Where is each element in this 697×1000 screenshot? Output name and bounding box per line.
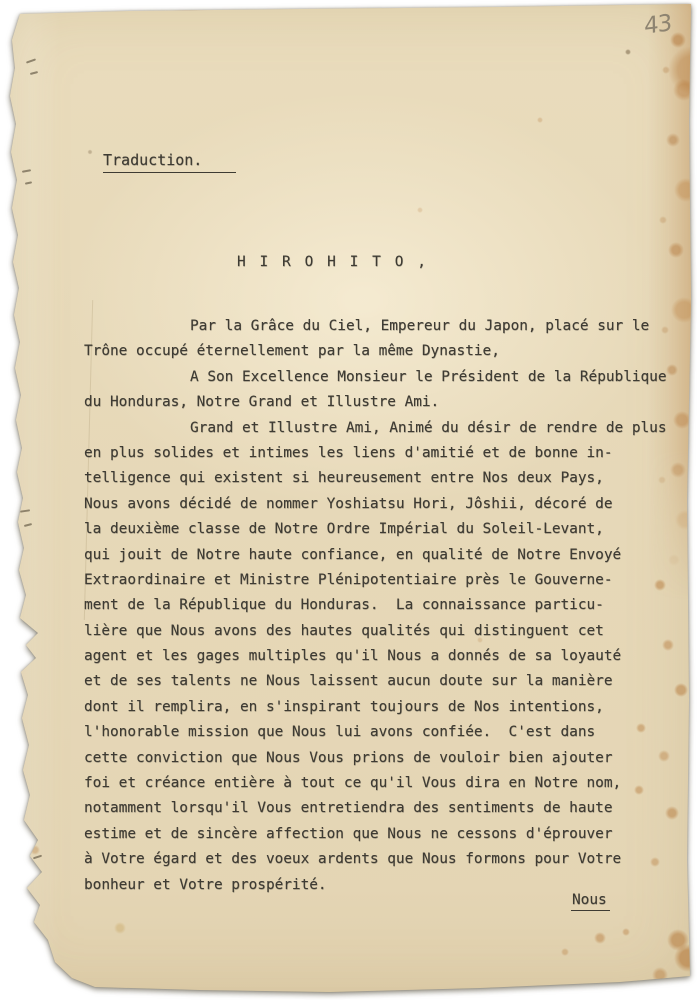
handwritten-page-number: 43: [644, 10, 672, 39]
binding-mark: [30, 71, 38, 75]
body-line: notamment lorsqu'il Vous entretiendra de…: [84, 800, 667, 825]
body-line: cette conviction que Nous Vous prions de…: [84, 750, 667, 775]
body-line: du Honduras, Notre Grand et Illustre Ami…: [84, 394, 667, 419]
binding-mark: [24, 523, 32, 527]
heading-label: Traduction.: [103, 151, 236, 173]
binding-mark: [22, 169, 31, 173]
body-line: telligence qui existent si heureusement …: [84, 470, 667, 495]
body-line: qui jouit de Notre haute confiance, en q…: [84, 547, 667, 572]
binding-mark: [20, 509, 30, 512]
body-line: en plus solides et intimes les liens d'a…: [84, 445, 667, 470]
body-line: Par la Grâce du Ciel, Empereur du Japon,…: [84, 318, 667, 343]
body-line: à Votre égard et des voeux ardents que N…: [84, 851, 667, 876]
body-line: Trône occupé éternellement par la même D…: [84, 343, 667, 368]
document-page-wrap: 43 Traduction. H I R O H I T O , Par la …: [0, 0, 697, 1000]
body-line: Grand et Illustre Ami, Animé du désir de…: [84, 420, 667, 445]
body-line: dont il remplira, en s'inspirant toujour…: [84, 699, 667, 724]
body-line: estime et de sincère affection que Nous …: [84, 826, 667, 851]
paper-sheet: 43 Traduction. H I R O H I T O , Par la …: [0, 0, 697, 1000]
body-line: Nous avons décidé de nommer Yoshiatsu Ho…: [84, 496, 667, 521]
body-line: agent et les gages multiples qu'il Nous …: [84, 648, 667, 673]
binding-mark: [33, 855, 42, 860]
body-line: Extraordinaire et Ministre Plénipotentia…: [84, 572, 667, 597]
body-line: lière que Nous avons des hautes qualités…: [84, 623, 667, 648]
binding-mark: [26, 58, 36, 63]
body-line: l'honorable mission que Nous lui avons c…: [84, 724, 667, 749]
body-line: et de ses talents ne Nous laissent aucun…: [84, 673, 667, 698]
document-title: H I R O H I T O ,: [237, 254, 429, 270]
letter-body: Par la Grâce du Ciel, Empereur du Japon,…: [84, 318, 667, 902]
body-line: ment de la République du Honduras. La co…: [84, 597, 667, 622]
catchword: Nous: [571, 892, 610, 911]
body-line: foi et créance entière à tout ce qu'il V…: [84, 775, 667, 800]
body-line: A Son Excellence Monsieur le Président d…: [84, 369, 667, 394]
binding-mark: [25, 181, 32, 184]
scan-background: { "colors": { "paper_base": "#eee1c2", "…: [0, 0, 697, 1000]
body-line: la deuxième classe de Notre Ordre Impéri…: [84, 521, 667, 546]
